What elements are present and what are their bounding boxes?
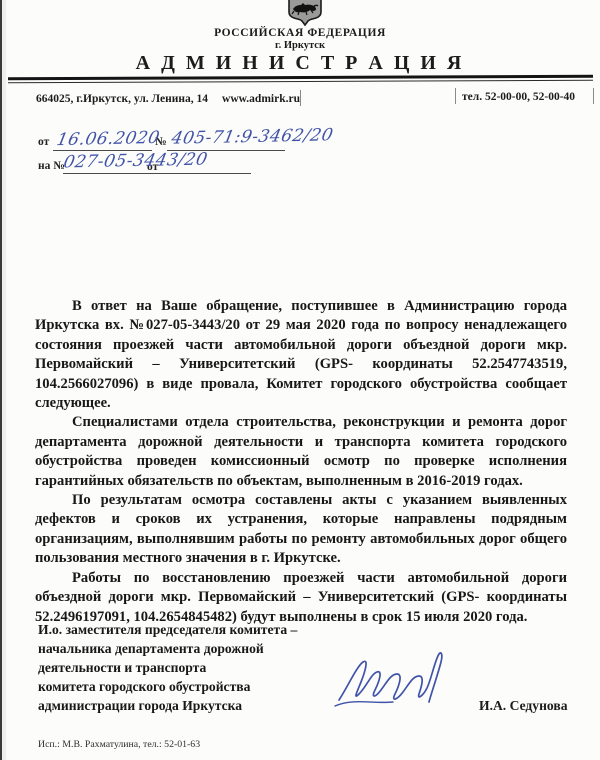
handwritten-incoming-number: 027-05-3443/20 bbox=[62, 150, 210, 173]
signer-position-block: И.о. заместителя председателя комитета –… bbox=[38, 620, 297, 715]
ref-on-label: на № bbox=[38, 160, 65, 172]
handwritten-signature-icon bbox=[333, 648, 468, 716]
header-divider-rule bbox=[8, 75, 593, 84]
divider-line bbox=[300, 90, 301, 106]
paragraph-3: По результатам осмотра составлены акты с… bbox=[35, 491, 567, 569]
org-website: www.admirk.ru bbox=[222, 93, 300, 105]
paragraph-4: Работы по восстановлению проезжей части … bbox=[35, 569, 567, 627]
org-address-line: 664025, г.Иркутск, ул. Ленина, 14www.adm… bbox=[36, 93, 300, 105]
divider-line bbox=[593, 88, 594, 104]
coat-of-arms-icon bbox=[286, 0, 324, 29]
handwritten-date: 16.06.2020 bbox=[55, 128, 162, 150]
handwritten-outgoing-number: 405-71:9-3462/20 bbox=[170, 125, 335, 148]
executor-note: Исп.: М.В. Рахматулина, тел.: 52-01-63 bbox=[38, 739, 200, 750]
scanned-letter-page: РОССИЙСКАЯ ФЕДЕРАЦИЯ г. Иркутск А Д М И … bbox=[0, 0, 600, 760]
paragraph-2: Специалистами отдела строительства, реко… bbox=[35, 413, 567, 491]
header-city: г. Иркутск bbox=[0, 40, 600, 51]
signer-position-line: начальника департамента дорожной bbox=[38, 639, 297, 658]
signer-position-line: И.о. заместителя председателя комитета – bbox=[38, 620, 297, 639]
ref-from-label: от bbox=[38, 136, 49, 148]
header-country: РОССИЙСКАЯ ФЕДЕРАЦИЯ bbox=[0, 27, 600, 39]
signer-name: И.А. Седунова bbox=[479, 698, 568, 714]
signer-position-line: комитета городского обустройства bbox=[38, 677, 297, 696]
org-phone: тел. 52-00-00, 52-00-40 bbox=[462, 91, 575, 103]
scan-edge-shadow bbox=[2, 0, 6, 760]
letter-body: В ответ на Ваше обращение, поступившее в… bbox=[35, 297, 567, 627]
header-organization-title: А Д М И Н И С Т Р А Ц И Я bbox=[0, 52, 600, 75]
org-address: 664025, г.Иркутск, ул. Ленина, 14 bbox=[36, 93, 208, 105]
signer-position-line: деятельности и транспорта bbox=[38, 658, 297, 677]
divider-line bbox=[455, 88, 456, 104]
ref-incoming-underline bbox=[63, 173, 251, 174]
paragraph-1: В ответ на Ваше обращение, поступившее в… bbox=[35, 297, 567, 413]
signer-position-line: администрации города Иркутска bbox=[38, 696, 297, 715]
